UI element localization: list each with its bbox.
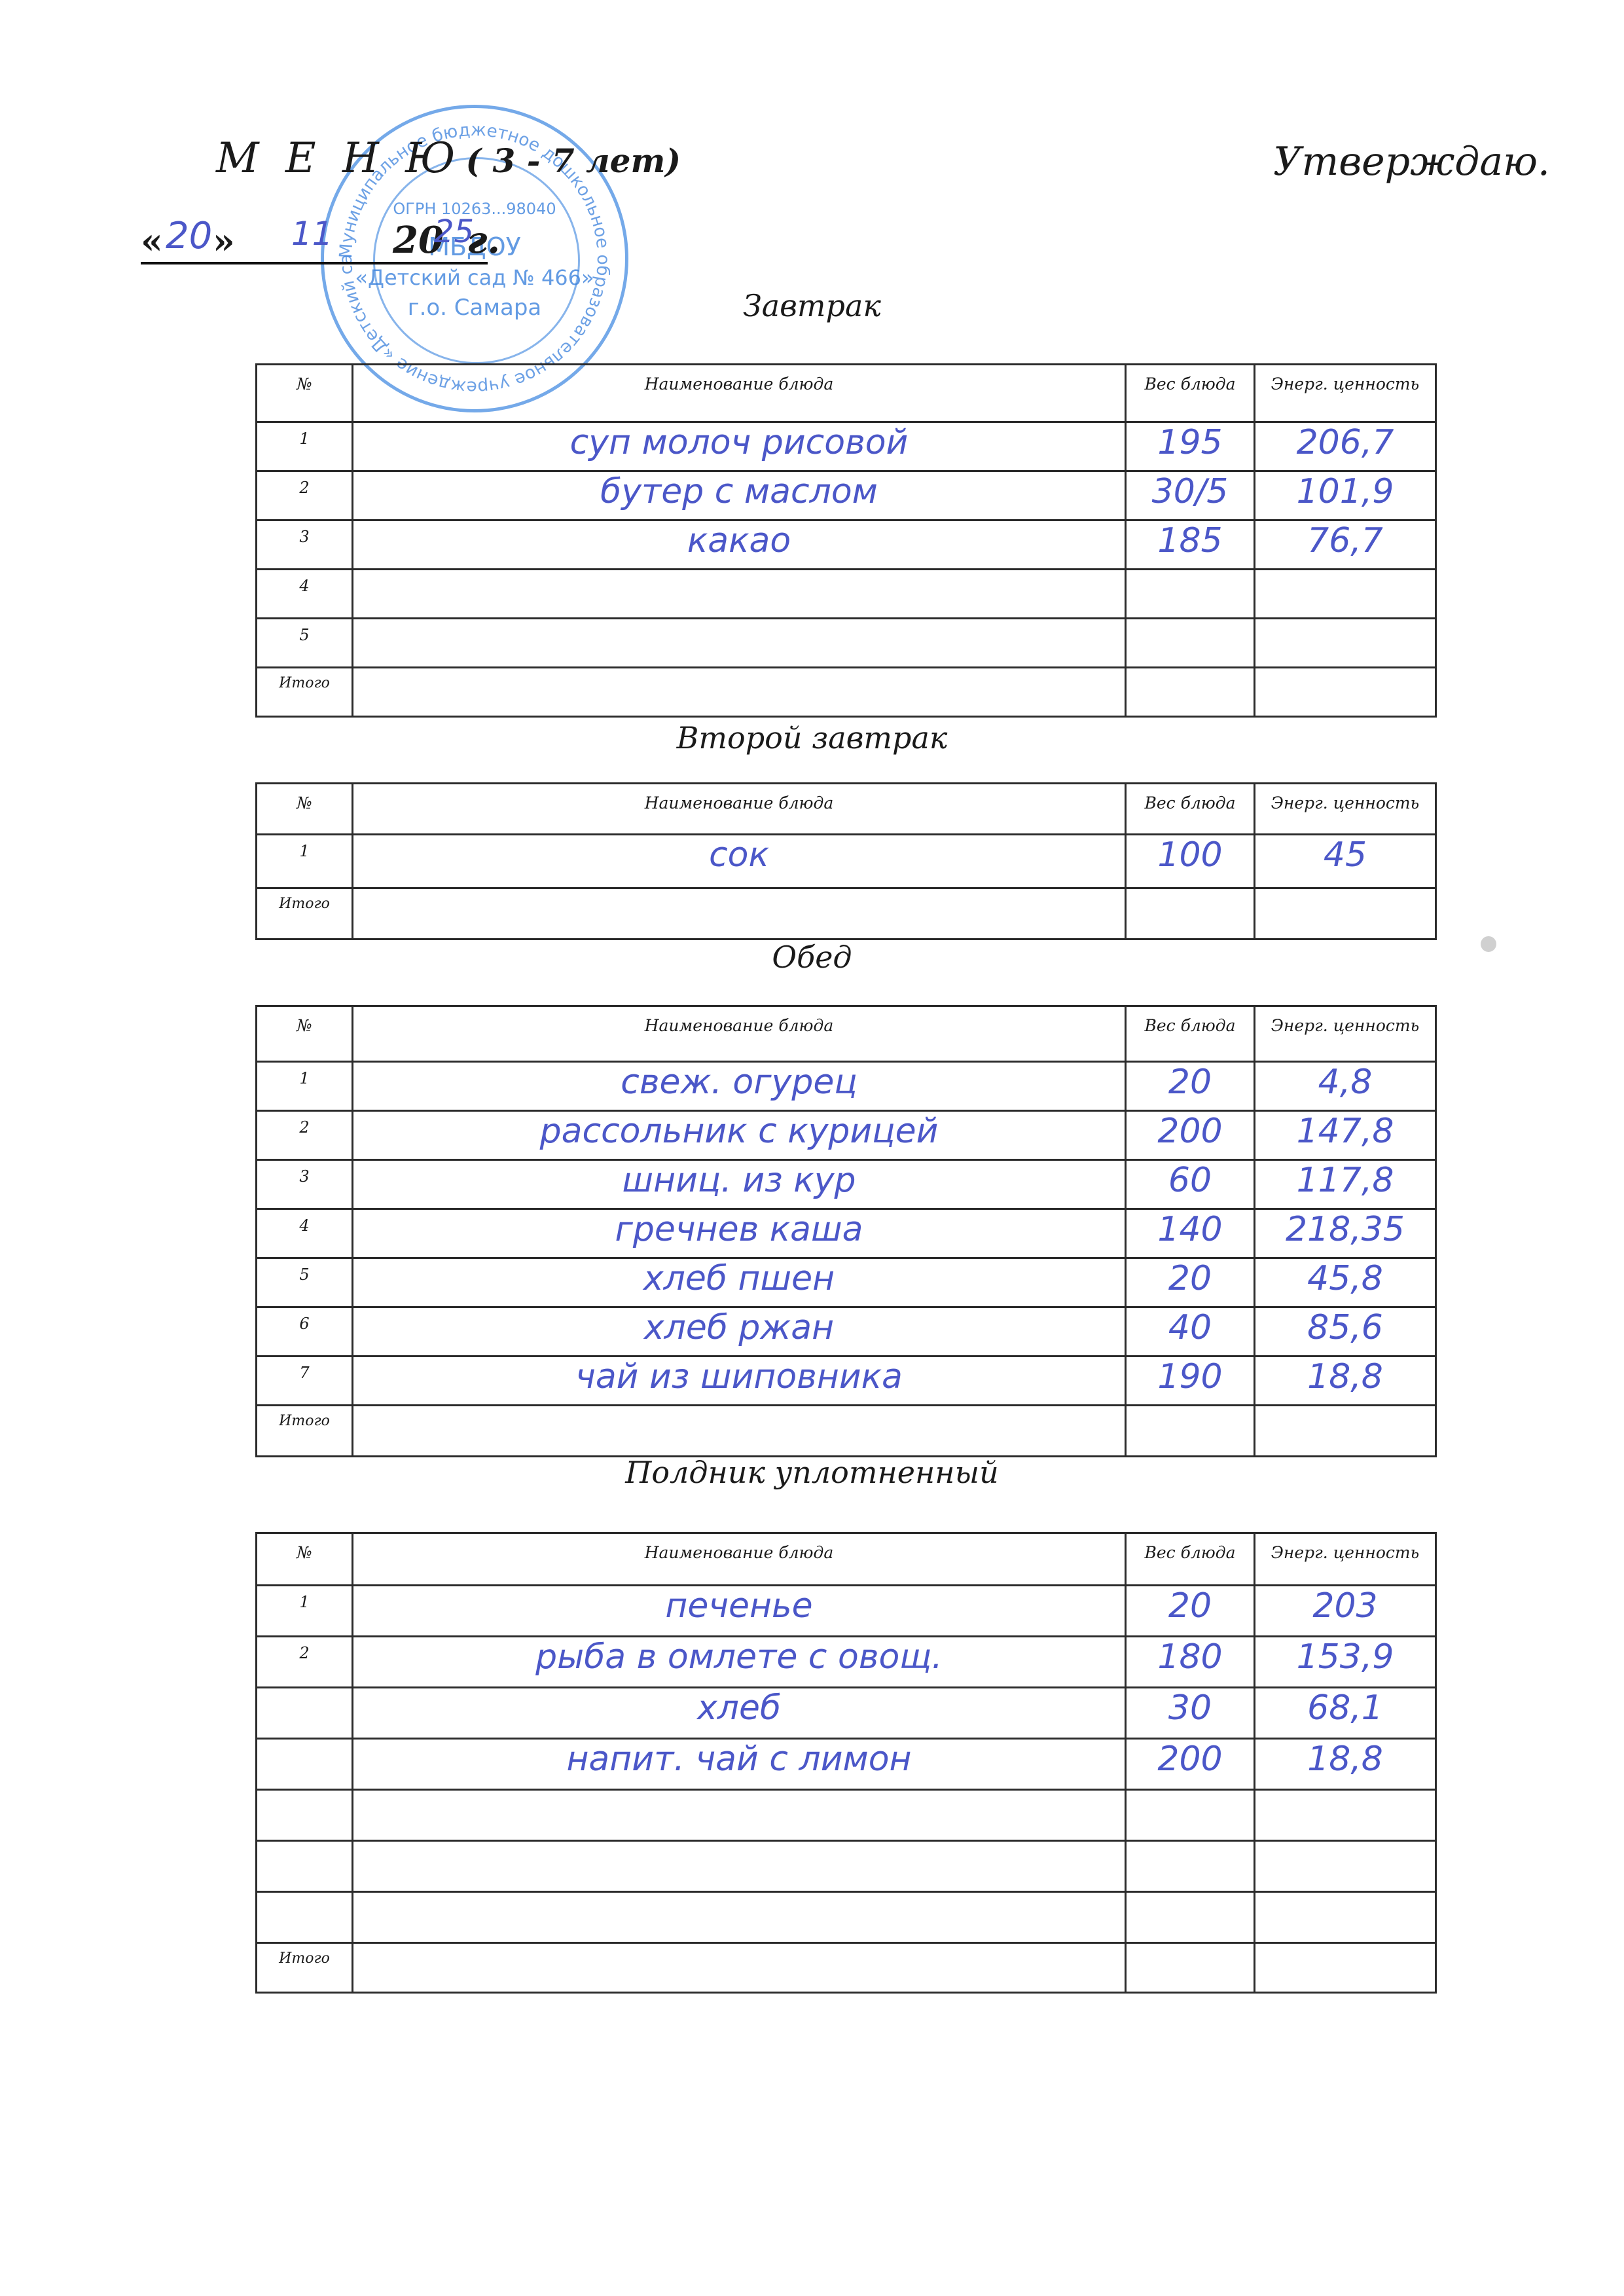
- table-row: 2рыба в омлете с овощ.180153,9: [257, 1637, 1436, 1688]
- table-row: 1сок10045: [257, 835, 1436, 888]
- dish-name: бутер с маслом: [353, 471, 1126, 520]
- column-header-number: №: [257, 365, 353, 422]
- section-title: Обед: [0, 939, 1624, 975]
- dish-name: печенье: [353, 1586, 1126, 1637]
- row-number: 5: [257, 1258, 353, 1307]
- row-number: 2: [257, 1637, 353, 1688]
- dish-name: [353, 619, 1126, 668]
- dish-energy: 218,35: [1255, 1209, 1436, 1258]
- dish-name: суп молоч рисовой: [353, 422, 1126, 471]
- total-label: Итого: [257, 668, 353, 717]
- column-header-energy: Энерг. ценность: [1255, 1006, 1436, 1062]
- dish-name: рассольник с курицей: [353, 1111, 1126, 1160]
- dish-name: гречнев каша: [353, 1209, 1126, 1258]
- dish-weight: 30/5: [1126, 471, 1255, 520]
- column-header-dish-name: Наименование блюда: [353, 784, 1126, 835]
- column-header-dish-name: Наименование блюда: [353, 1006, 1126, 1062]
- table-header-row: №Наименование блюдаВес блюдаЭнерг. ценно…: [257, 784, 1436, 835]
- dish-weight: 30: [1126, 1688, 1255, 1739]
- total-label: Итого: [257, 1406, 353, 1457]
- dish-weight: 185: [1126, 520, 1255, 570]
- dish-energy: 206,7: [1255, 422, 1436, 471]
- total-row: Итого: [257, 888, 1436, 939]
- table-header-row: №Наименование блюдаВес блюдаЭнерг. ценно…: [257, 365, 1436, 422]
- table-row: хлеб3068,1: [257, 1688, 1436, 1739]
- total-energy-cell: [1255, 1406, 1436, 1457]
- dish-name: [353, 1790, 1126, 1841]
- dish-weight: [1126, 1790, 1255, 1841]
- table-row: 4гречнев каша140218,35: [257, 1209, 1436, 1258]
- row-number: 2: [257, 1111, 353, 1160]
- section-title: Завтрак: [0, 288, 1624, 323]
- column-header-dish-name: Наименование блюда: [353, 365, 1126, 422]
- dish-name: чай из шиповника: [353, 1357, 1126, 1406]
- dish-energy: 153,9: [1255, 1637, 1436, 1688]
- dish-weight: [1126, 570, 1255, 619]
- table-row: 2рассольник с курицей200147,8: [257, 1111, 1436, 1160]
- date-day: 20: [166, 215, 212, 257]
- table-row: 4: [257, 570, 1436, 619]
- dish-weight: 200: [1126, 1111, 1255, 1160]
- column-header-number: №: [257, 784, 353, 835]
- menu-title-text: М Е Н Ю: [216, 134, 461, 183]
- dish-weight: [1126, 1841, 1255, 1892]
- row-number: 1: [257, 1586, 353, 1637]
- dish-energy: [1255, 1892, 1436, 1943]
- date-open-quote: «: [141, 220, 163, 262]
- section-title: Второй завтрак: [0, 720, 1624, 756]
- dish-energy: 203: [1255, 1586, 1436, 1637]
- total-weight-cell: [1126, 1406, 1255, 1457]
- table-row: 7чай из шиповника19018,8: [257, 1357, 1436, 1406]
- dish-weight: 140: [1126, 1209, 1255, 1258]
- column-header-weight: Вес блюда: [1126, 784, 1255, 835]
- row-number: 6: [257, 1307, 353, 1357]
- dish-energy: 18,8: [1255, 1739, 1436, 1790]
- column-header-energy: Энерг. ценность: [1255, 784, 1436, 835]
- row-number: 7: [257, 1357, 353, 1406]
- dish-weight: [1126, 619, 1255, 668]
- dish-name: сок: [353, 835, 1126, 888]
- dish-energy: 4,8: [1255, 1062, 1436, 1111]
- dish-weight: 60: [1126, 1160, 1255, 1209]
- total-row: Итого: [257, 1943, 1436, 1993]
- stamp-ogrn: ОГРН 10263...98040: [324, 200, 625, 218]
- menu-title: М Е Н Ю( 3 - 7 лет): [216, 134, 681, 183]
- dish-energy: 76,7: [1255, 520, 1436, 570]
- column-header-weight: Вес блюда: [1126, 1006, 1255, 1062]
- column-header-number: №: [257, 1006, 353, 1062]
- total-energy-cell: [1255, 888, 1436, 939]
- column-header-energy: Энерг. ценность: [1255, 365, 1436, 422]
- stamp-org-name: «Детский сад № 466»: [324, 265, 625, 290]
- dish-name: хлеб пшен: [353, 1258, 1126, 1307]
- table-row: [257, 1790, 1436, 1841]
- total-label: Итого: [257, 888, 353, 939]
- dish-weight: 180: [1126, 1637, 1255, 1688]
- total-dish-cell: [353, 668, 1126, 717]
- dish-name: напит. чай с лимон: [353, 1739, 1126, 1790]
- row-number: [257, 1688, 353, 1739]
- dish-weight: 20: [1126, 1586, 1255, 1637]
- approval-label: Утверждаю.: [1273, 139, 1550, 185]
- column-header-number: №: [257, 1533, 353, 1586]
- table-row: 2бутер с маслом30/5101,9: [257, 471, 1436, 520]
- dish-weight: 195: [1126, 422, 1255, 471]
- table-row: 3какао18576,7: [257, 520, 1436, 570]
- section-title: Полдник уплотненный: [0, 1455, 1624, 1490]
- total-energy-cell: [1255, 668, 1436, 717]
- row-number: 2: [257, 471, 353, 520]
- menu-table: №Наименование блюдаВес блюдаЭнерг. ценно…: [255, 1532, 1437, 1994]
- dish-energy: [1255, 570, 1436, 619]
- total-dish-cell: [353, 1943, 1126, 1993]
- total-weight-cell: [1126, 888, 1255, 939]
- menu-table: №Наименование блюдаВес блюдаЭнерг. ценно…: [255, 782, 1437, 940]
- dish-energy: 117,8: [1255, 1160, 1436, 1209]
- table-row: 6хлеб ржан4085,6: [257, 1307, 1436, 1357]
- total-weight-cell: [1126, 668, 1255, 717]
- date-close-quote: »: [213, 220, 235, 262]
- total-label: Итого: [257, 1943, 353, 1993]
- menu-table: №Наименование блюдаВес блюдаЭнерг. ценно…: [255, 363, 1437, 718]
- column-header-energy: Энерг. ценность: [1255, 1533, 1436, 1586]
- table-row: 1суп молоч рисовой195206,7: [257, 422, 1436, 471]
- row-number: [257, 1892, 353, 1943]
- dish-energy: [1255, 1790, 1436, 1841]
- total-row: Итого: [257, 1406, 1436, 1457]
- date-month: 11: [291, 215, 333, 253]
- dish-energy: 147,8: [1255, 1111, 1436, 1160]
- table-row: 3шниц. из кур60117,8: [257, 1160, 1436, 1209]
- dish-energy: 45,8: [1255, 1258, 1436, 1307]
- dish-name: какао: [353, 520, 1126, 570]
- total-weight-cell: [1126, 1943, 1255, 1993]
- menu-table: №Наименование блюдаВес блюдаЭнерг. ценно…: [255, 1005, 1437, 1457]
- total-energy-cell: [1255, 1943, 1436, 1993]
- age-range: ( 3 - 7 лет): [465, 141, 681, 180]
- dish-weight: 100: [1126, 835, 1255, 888]
- table-row: [257, 1841, 1436, 1892]
- dish-name: шниц. из кур: [353, 1160, 1126, 1209]
- dish-name: хлеб ржан: [353, 1307, 1126, 1357]
- dish-energy: [1255, 619, 1436, 668]
- dish-name: свеж. огурец: [353, 1062, 1126, 1111]
- scan-smudge: [1481, 936, 1496, 952]
- dish-weight: 40: [1126, 1307, 1255, 1357]
- row-number: 1: [257, 1062, 353, 1111]
- row-number: 1: [257, 422, 353, 471]
- table-row: 5хлеб пшен2045,8: [257, 1258, 1436, 1307]
- dish-weight: 190: [1126, 1357, 1255, 1406]
- row-number: [257, 1790, 353, 1841]
- dish-energy: 101,9: [1255, 471, 1436, 520]
- date-year-unit: г.: [467, 219, 500, 262]
- dish-energy: 85,6: [1255, 1307, 1436, 1357]
- dish-name: [353, 1892, 1126, 1943]
- row-number: 1: [257, 835, 353, 888]
- table-header-row: №Наименование блюдаВес блюдаЭнерг. ценно…: [257, 1006, 1436, 1062]
- table-row: напит. чай с лимон20018,8: [257, 1739, 1436, 1790]
- table-row: 1печенье20203: [257, 1586, 1436, 1637]
- dish-weight: [1126, 1892, 1255, 1943]
- dish-energy: 45: [1255, 835, 1436, 888]
- dish-name: [353, 570, 1126, 619]
- row-number: [257, 1841, 353, 1892]
- date-line: « 20 » 11 20 25 г.: [141, 216, 488, 264]
- table-header-row: №Наименование блюдаВес блюдаЭнерг. ценно…: [257, 1533, 1436, 1586]
- table-row: [257, 1892, 1436, 1943]
- dish-weight: 20: [1126, 1258, 1255, 1307]
- row-number: 4: [257, 570, 353, 619]
- column-header-weight: Вес блюда: [1126, 365, 1255, 422]
- row-number: 3: [257, 1160, 353, 1209]
- column-header-weight: Вес блюда: [1126, 1533, 1255, 1586]
- dish-name: хлеб: [353, 1688, 1126, 1739]
- dish-energy: 18,8: [1255, 1357, 1436, 1406]
- column-header-dish-name: Наименование блюда: [353, 1533, 1126, 1586]
- dish-energy: [1255, 1841, 1436, 1892]
- total-dish-cell: [353, 888, 1126, 939]
- table-row: 1свеж. огурец204,8: [257, 1062, 1436, 1111]
- row-number: 5: [257, 619, 353, 668]
- total-dish-cell: [353, 1406, 1126, 1457]
- row-number: 4: [257, 1209, 353, 1258]
- total-row: Итого: [257, 668, 1436, 717]
- dish-energy: 68,1: [1255, 1688, 1436, 1739]
- row-number: [257, 1739, 353, 1790]
- dish-name: рыба в омлете с овощ.: [353, 1637, 1126, 1688]
- table-row: 5: [257, 619, 1436, 668]
- row-number: 3: [257, 520, 353, 570]
- dish-name: [353, 1841, 1126, 1892]
- dish-weight: 20: [1126, 1062, 1255, 1111]
- dish-weight: 200: [1126, 1739, 1255, 1790]
